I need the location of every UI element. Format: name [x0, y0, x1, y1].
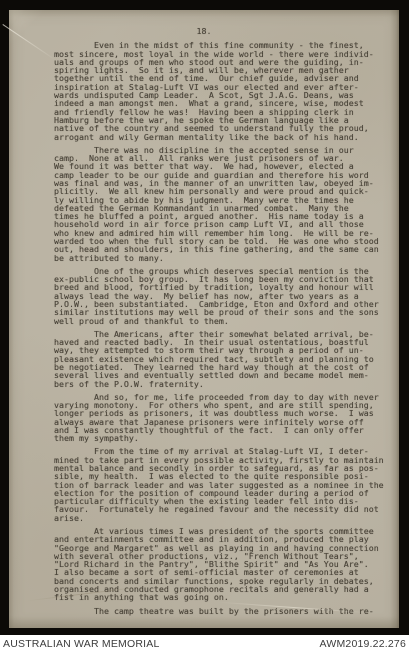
- accession-number-label: AWM2019.22.276: [320, 638, 406, 650]
- page-number: 18.: [9, 10, 399, 35]
- paragraph: There was no discipline in the accepted …: [54, 146, 385, 262]
- paragraph: The Americans, after their somewhat bela…: [54, 330, 385, 388]
- document-page: 18. Even in the midst of this fine commu…: [9, 10, 399, 628]
- paragraph: One of the groups which deserves special…: [54, 267, 385, 325]
- scanned-document-view: { "page": { "number": "18.", "paragraphs…: [0, 0, 409, 653]
- typed-text-block: Even in the midst of this fine community…: [9, 41, 399, 615]
- paragraph: From the time of my arrival at Stalag-Lu…: [54, 447, 385, 522]
- archive-name-label: AUSTRALIAN WAR MEMORIAL: [3, 638, 159, 650]
- archive-footer: AUSTRALIAN WAR MEMORIAL AWM2019.22.276: [0, 635, 409, 653]
- paragraph: Even in the midst of this fine community…: [54, 41, 385, 141]
- paragraph: The camp theatre was built by the prison…: [54, 607, 385, 615]
- paragraph: At various times I was president of the …: [54, 527, 385, 602]
- paragraph: And so, for me, life proceeded from day …: [54, 393, 385, 443]
